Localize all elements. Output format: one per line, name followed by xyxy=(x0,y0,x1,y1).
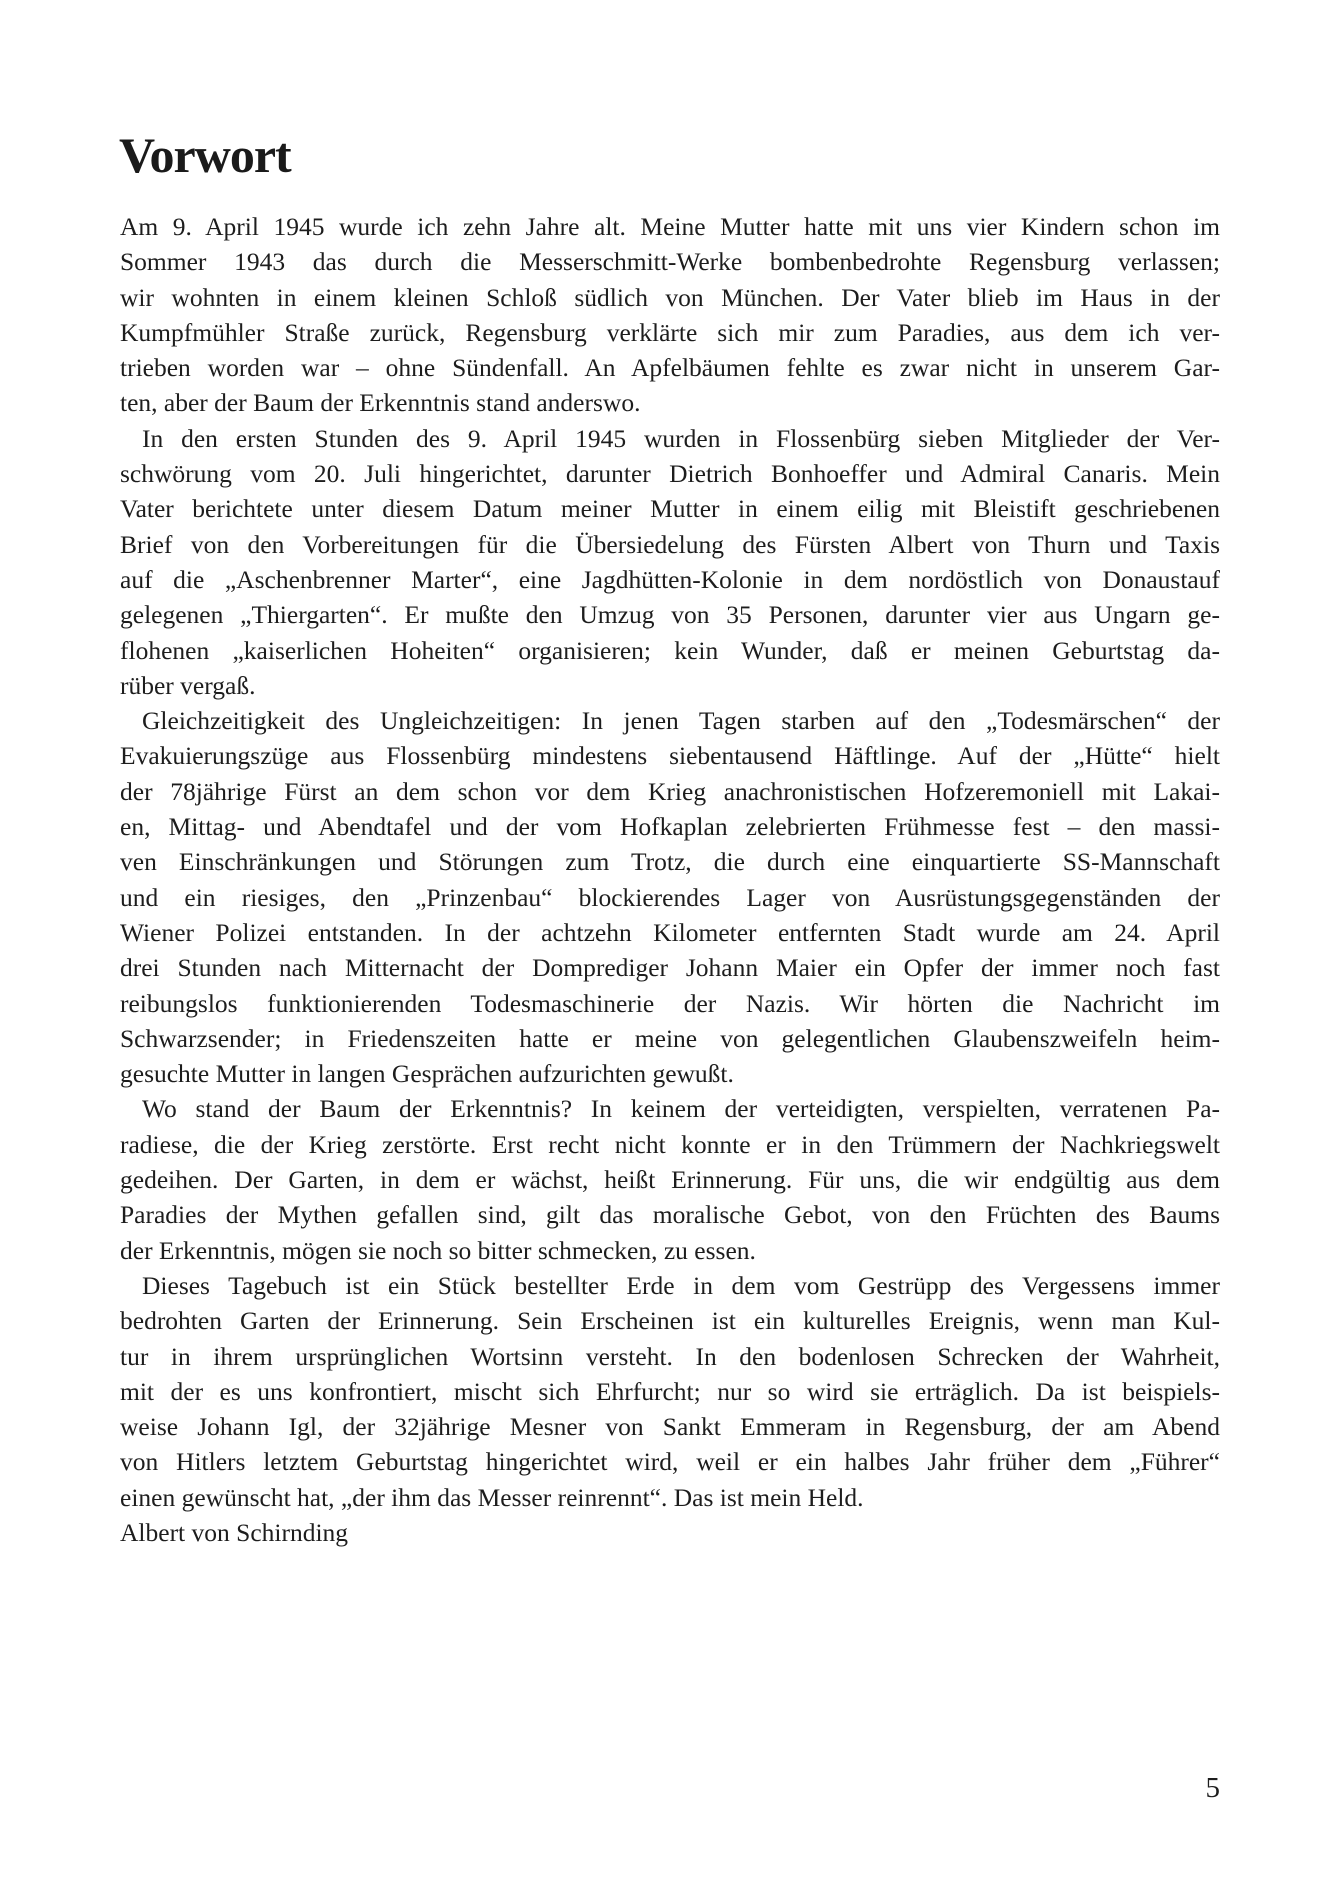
text-line: Kumpfmühler Straße zurück, Regensburg ve… xyxy=(120,315,1220,350)
preface-text-block: Am 9. April 1945 wurde ich zehn Jahre al… xyxy=(120,209,1220,1550)
text-line: schwörung vom 20. Juli hingerichtet, dar… xyxy=(120,456,1220,491)
text-line: gesuchte Mutter in langen Gesprächen auf… xyxy=(120,1056,1220,1091)
text-line: Wiener Polizei entstanden. In der achtze… xyxy=(120,915,1220,950)
text-line: reibungslos funktionierenden Todesmaschi… xyxy=(120,986,1220,1021)
text-line: der 78jährige Fürst an dem schon vor dem… xyxy=(120,774,1220,809)
text-line: und ein riesiges, den „Prinzenbau“ block… xyxy=(120,880,1220,915)
paragraph: In den ersten Stunden des 9. April 1945 … xyxy=(120,421,1220,703)
text-line: en, Mittag- und Abendtafel und der vom H… xyxy=(120,809,1220,844)
text-line: Dieses Tagebuch ist ein Stück bestellter… xyxy=(120,1268,1220,1303)
paragraph: Dieses Tagebuch ist ein Stück bestellter… xyxy=(120,1268,1220,1515)
text-line: drei Stunden nach Mitternacht der Dompre… xyxy=(120,950,1220,985)
paragraph: Am 9. April 1945 wurde ich zehn Jahre al… xyxy=(120,209,1220,421)
text-line: gelegenen „Thiergarten“. Er mußte den Um… xyxy=(120,597,1220,632)
text-line: bedrohten Garten der Erinnerung. Sein Er… xyxy=(120,1303,1220,1338)
text-line: einen gewünscht hat, „der ihm das Messer… xyxy=(120,1480,1220,1515)
text-line: gedeihen. Der Garten, in dem er wächst, … xyxy=(120,1162,1220,1197)
text-line: ven Einschränkungen und Störungen zum Tr… xyxy=(120,844,1220,879)
paragraph: Gleichzeitigkeit des Ungleichzeitigen: I… xyxy=(120,703,1220,1091)
text-line: auf die „Aschenbrenner Marter“, eine Jag… xyxy=(120,562,1220,597)
text-line: wir wohnten in einem kleinen Schloß südl… xyxy=(120,280,1220,315)
text-line: radiese, die der Krieg zerstörte. Erst r… xyxy=(120,1127,1220,1162)
text-line: mit der es uns konfrontiert, mischt sich… xyxy=(120,1374,1220,1409)
author-signature: Albert von Schirnding xyxy=(120,1515,1220,1550)
text-line: trieben worden war – ohne Sündenfall. An… xyxy=(120,350,1220,385)
text-line: Brief von den Vorbereitungen für die Übe… xyxy=(120,527,1220,562)
paragraph: Wo stand der Baum der Erkenntnis? In kei… xyxy=(120,1091,1220,1267)
text-line: Evakuierungszüge aus Flossenbürg mindest… xyxy=(120,738,1220,773)
text-line: flohenen „kaiserlichen Hoheiten“ organis… xyxy=(120,633,1220,668)
text-line: der Erkenntnis, mögen sie noch so bitter… xyxy=(120,1233,1220,1268)
text-line: Wo stand der Baum der Erkenntnis? In kei… xyxy=(120,1091,1220,1126)
text-line: von Hitlers letztem Geburtstag hingerich… xyxy=(120,1444,1220,1479)
page-number: 5 xyxy=(1206,1771,1221,1806)
page-title: Vorwort xyxy=(119,128,291,183)
book-page: Vorwort Am 9. April 1945 wurde ich zehn … xyxy=(0,0,1339,1890)
paragraphs-container: Am 9. April 1945 wurde ich zehn Jahre al… xyxy=(120,209,1220,1515)
text-line: Paradies der Mythen gefallen sind, gilt … xyxy=(120,1197,1220,1232)
text-line: Vater berichtete unter diesem Datum mein… xyxy=(120,491,1220,526)
text-line: weise Johann Igl, der 32jährige Mesner v… xyxy=(120,1409,1220,1444)
text-line: In den ersten Stunden des 9. April 1945 … xyxy=(120,421,1220,456)
text-line: rüber vergaß. xyxy=(120,668,1220,703)
text-line: tur in ihrem ursprünglichen Wortsinn ver… xyxy=(120,1339,1220,1374)
text-line: Sommer 1943 das durch die Messerschmitt-… xyxy=(120,244,1220,279)
text-line: Am 9. April 1945 wurde ich zehn Jahre al… xyxy=(120,209,1220,244)
text-line: ten, aber der Baum der Erkenntnis stand … xyxy=(120,385,1220,420)
text-line: Schwarzsender; in Friedenszeiten hatte e… xyxy=(120,1021,1220,1056)
text-line: Gleichzeitigkeit des Ungleichzeitigen: I… xyxy=(120,703,1220,738)
